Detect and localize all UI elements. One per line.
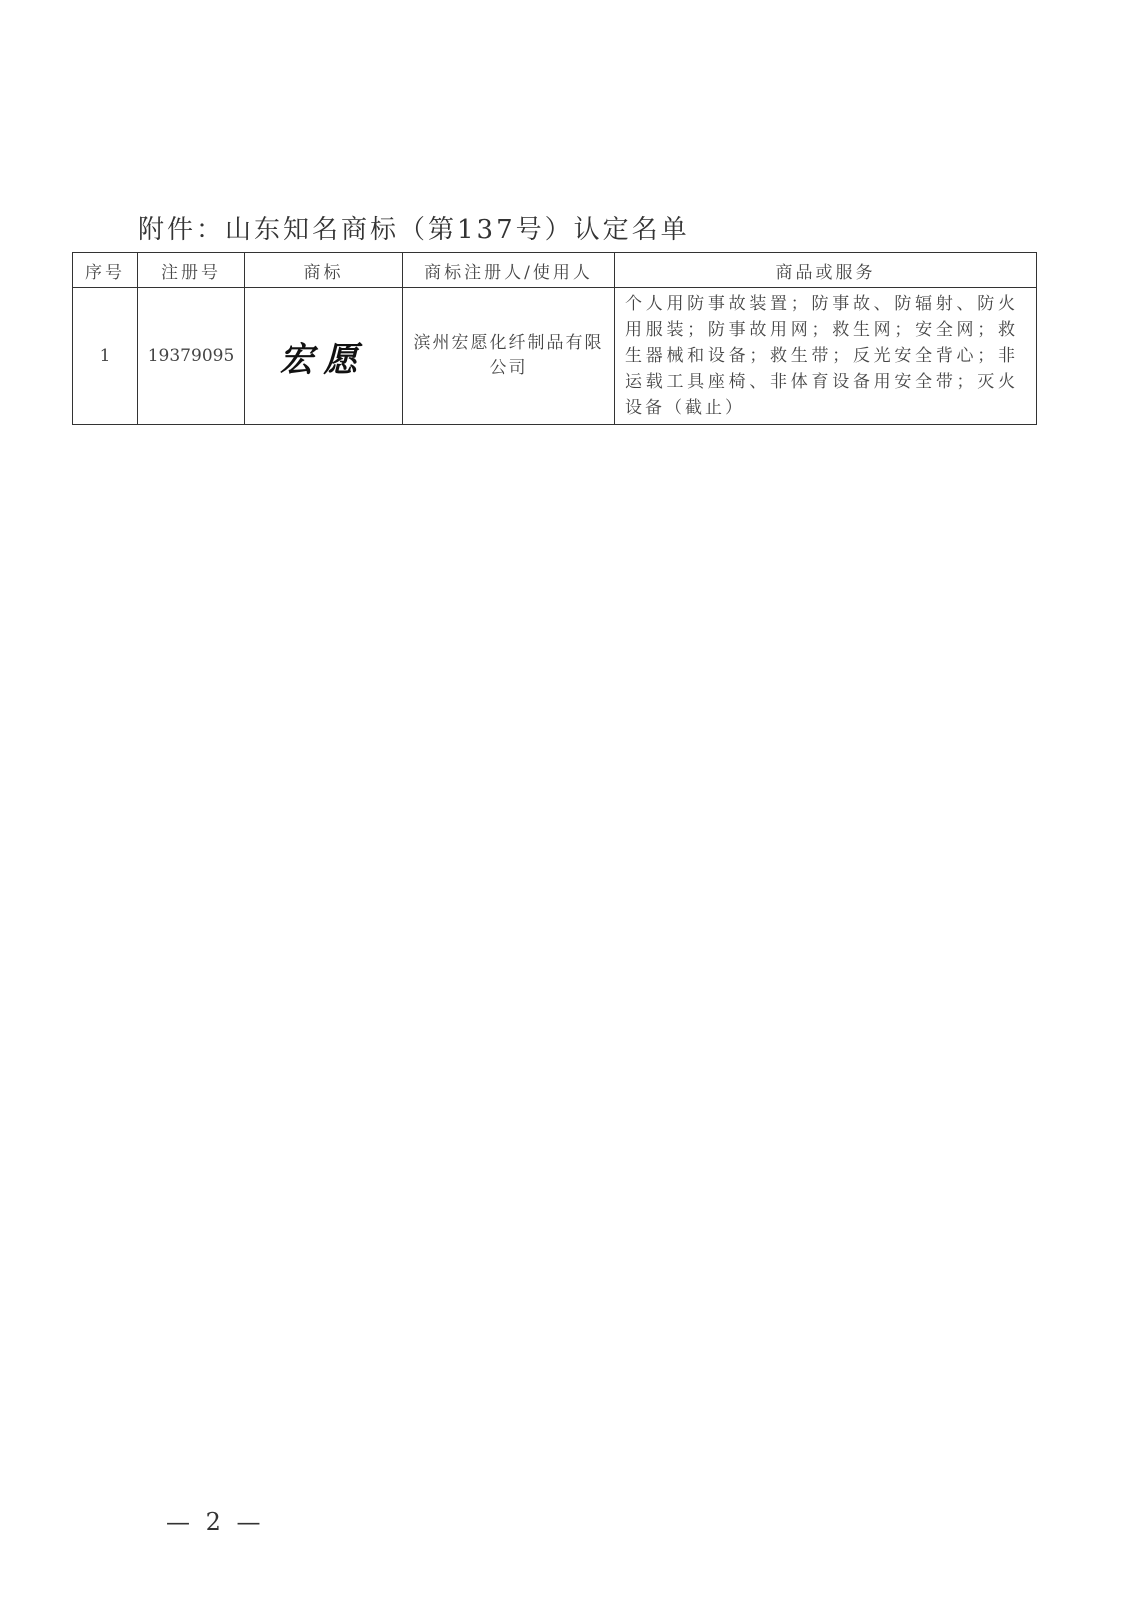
table-header-row: 序号 注册号 商标 商标注册人/使用人 商品或服务 [73,253,1037,288]
cell-goods: 个人用防事故装置；防事故、防辐射、防火用服装；防事故用网；救生网；安全网；救生器… [615,288,1037,425]
trademark-table: 序号 注册号 商标 商标注册人/使用人 商品或服务 1 19379095 宏愿 … [72,252,1037,425]
cell-index: 1 [73,288,138,425]
cell-reg-no: 19379095 [138,288,245,425]
cell-owner: 滨州宏愿化纤制品有限公司 [403,288,615,425]
cell-trademark: 宏愿 [245,288,403,425]
table-row: 1 19379095 宏愿 滨州宏愿化纤制品有限公司 个人用防事故装置；防事故、… [73,288,1037,425]
header-trademark: 商标 [245,253,403,288]
page-number: — 2 — [166,1508,265,1536]
header-owner: 商标注册人/使用人 [403,253,615,288]
document-title: 附件：山东知名商标（第137号）认定名单 [138,212,690,248]
trademark-logo: 宏愿 [280,340,368,380]
header-index: 序号 [73,253,138,288]
header-reg-no: 注册号 [138,253,245,288]
header-goods: 商品或服务 [615,253,1037,288]
